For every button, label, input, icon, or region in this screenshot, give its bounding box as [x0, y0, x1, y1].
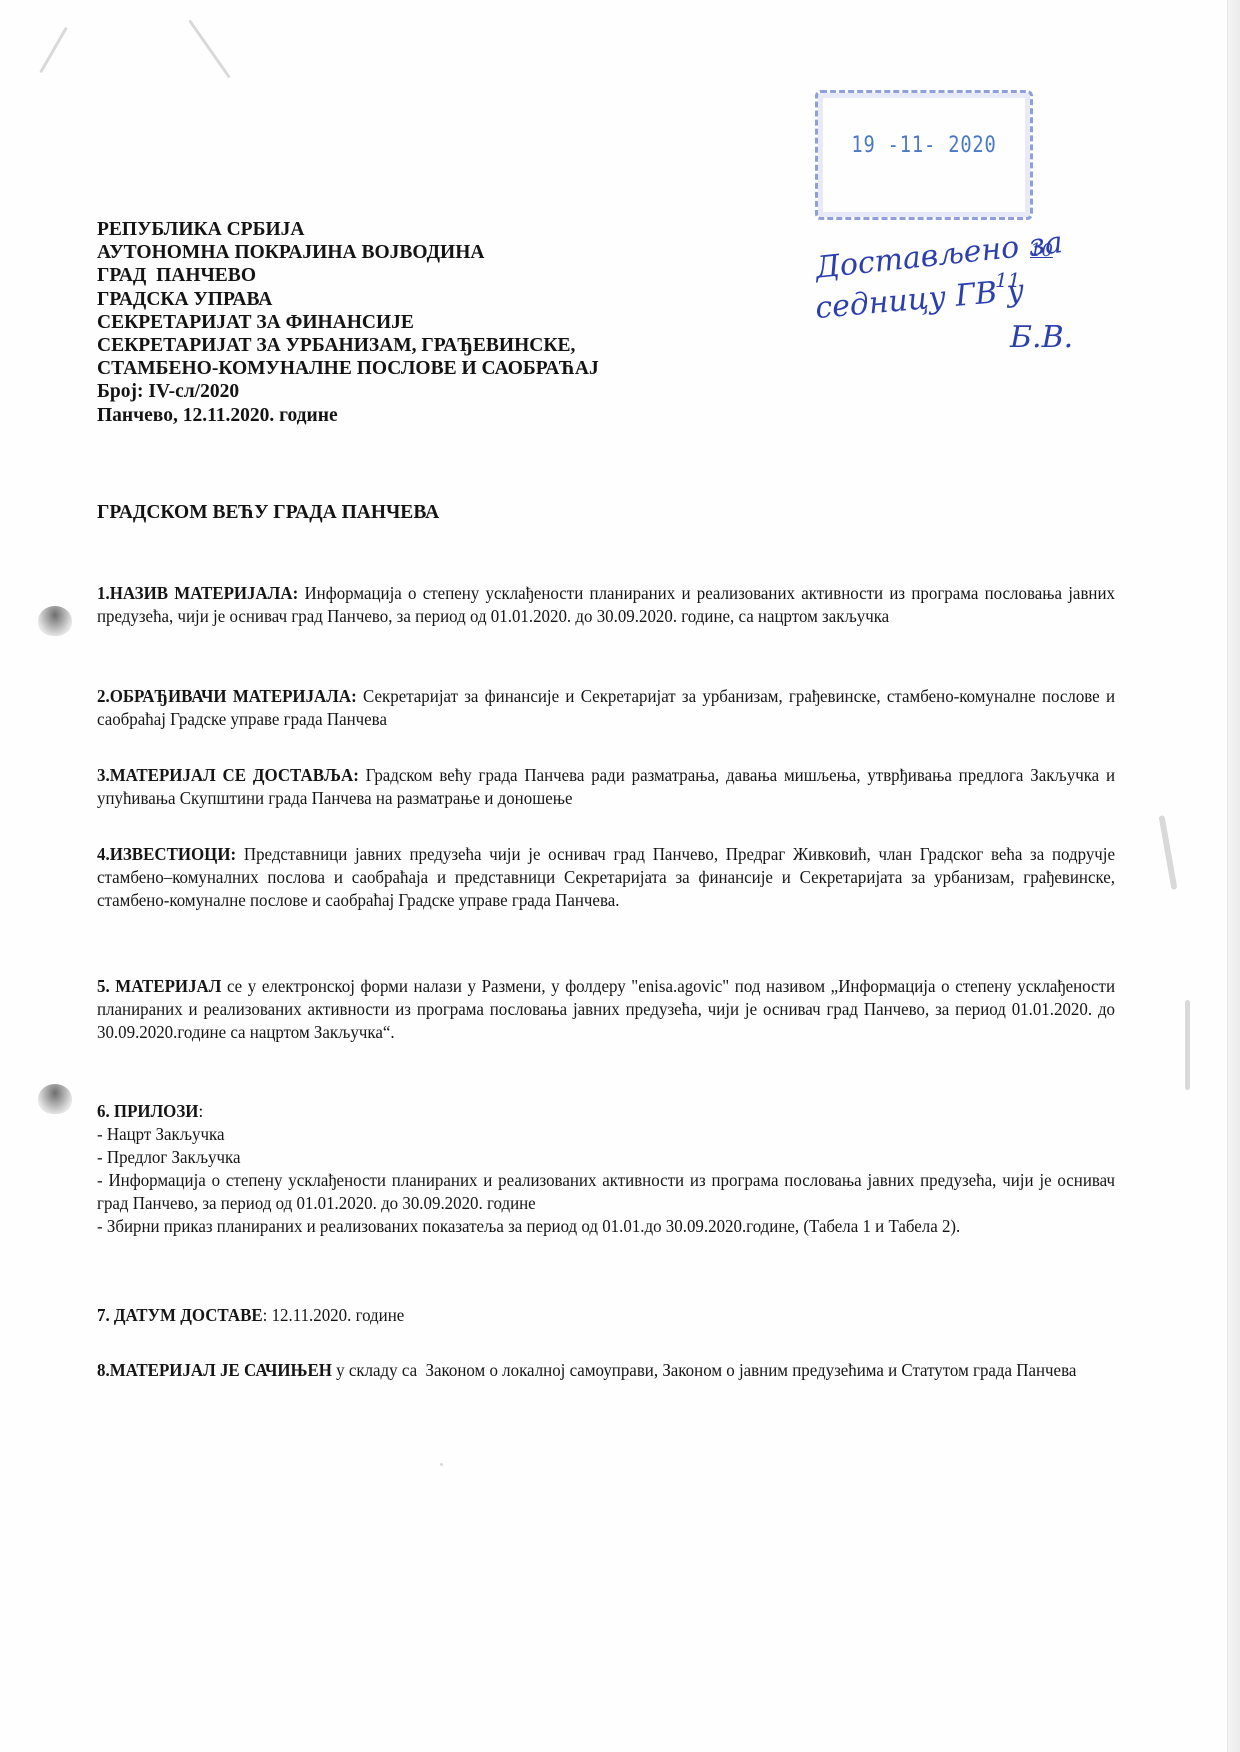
scan-artifact [1159, 815, 1178, 890]
attachment-item: - Информација о степену усклађености пла… [97, 1169, 1115, 1215]
section-label-suffix: : [198, 1101, 203, 1121]
letterhead: РЕПУБЛИКА СРБИЈА АУТОНОМНА ПОКРАЈИНА ВОЈ… [97, 218, 599, 427]
scanned-document-page: 19 -11- 2020 Достављено за седницу ГВ у … [0, 0, 1240, 1752]
scan-artifact [188, 19, 231, 78]
section-text: : 12.11.2020. године [263, 1305, 405, 1325]
attachment-item: - Нацрт Закључка [97, 1123, 1115, 1146]
attachment-item: - Предлог Закључка [97, 1146, 1115, 1169]
section-label: 1.НАЗИВ МАТЕРИЈАЛА: [97, 583, 298, 603]
handwritten-note-line-1: Достављено за [814, 225, 1065, 286]
letterhead-line: СТАМБЕНО-КОМУНАЛНЕ ПОСЛОВЕ И САОБРАЋАЈ [97, 357, 599, 380]
section-material-delivered-to: 3.МАТЕРИЈАЛ СЕ ДОСТАВЉА: Градском већу г… [97, 764, 1115, 810]
section-electronic-material: 5. МАТЕРИЈАЛ се у електронској форми нал… [97, 975, 1115, 1044]
section-attachments: 6. ПРИЛОЗИ: - Нацрт Закључка - Предлог З… [97, 1100, 1115, 1238]
scan-artifact [1185, 1000, 1190, 1090]
letterhead-line: РЕПУБЛИКА СРБИЈА [97, 218, 599, 241]
handwritten-time-hour: 11 [995, 268, 1020, 292]
section-label: 3.МАТЕРИЈАЛ СЕ ДОСТАВЉА: [97, 765, 359, 785]
letterhead-line: ГРАДСКА УПРАВА [97, 288, 599, 311]
section-label: 2.ОБРАЂИВАЧИ МАТЕРИЈАЛА: [97, 686, 357, 706]
letterhead-line: АУТОНОМНА ПОКРАЈИНА ВОЈВОДИНА [97, 241, 599, 264]
punch-hole [38, 606, 72, 636]
section-label: 8.МАТЕРИЈАЛ ЈЕ САЧИЊЕН [97, 1360, 332, 1380]
punch-hole [38, 1084, 72, 1114]
scan-edge-shadow [1227, 0, 1240, 1752]
section-label: 6. ПРИЛОЗИ [97, 1101, 198, 1121]
scan-artifact [440, 1463, 443, 1466]
letterhead-line: СЕКРЕТАРИЈАТ ЗА УРБАНИЗАМ, ГРАЂЕВИНСКЕ, [97, 334, 599, 357]
section-material-title: 1.НАЗИВ МАТЕРИЈАЛА: Информација о степен… [97, 582, 1115, 628]
section-legal-basis: 8.МАТЕРИЈАЛ ЈЕ САЧИЊЕН у складу са Закон… [97, 1359, 1115, 1382]
section-delivery-date: 7. ДАТУМ ДОСТАВЕ: 12.11.2020. године [97, 1304, 1115, 1327]
section-text: Представници јавних предузећа чији је ос… [97, 844, 1115, 910]
letterhead-line: ГРАД ПАНЧЕВО [97, 264, 599, 287]
section-text: се у електронској форми налази у Размени… [97, 976, 1115, 1042]
section-label: 7. ДАТУМ ДОСТАВЕ [97, 1305, 263, 1325]
document-place-date: Панчево, 12.11.2020. године [97, 404, 599, 427]
handwritten-time-minutes: 10 [1030, 240, 1053, 261]
section-rapporteurs: 4.ИЗВЕСТИОЦИ: Представници јавних предуз… [97, 843, 1115, 912]
attachment-item: - Збирни приказ планираних и реализовани… [97, 1215, 1115, 1238]
document-number: Број: IV-сл/2020 [97, 380, 599, 403]
scan-artifact [39, 27, 68, 74]
addressee: ГРАДСКОМ ВЕЋУ ГРАДА ПАНЧЕВА [97, 502, 439, 524]
section-label: 4.ИЗВЕСТИОЦИ: [97, 844, 236, 864]
section-material-authors: 2.ОБРАЂИВАЧИ МАТЕРИЈАЛА: Секретаријат за… [97, 685, 1115, 731]
stamp-date: 19 -11- 2020 [834, 133, 1014, 158]
section-text: у складу са Законом о локалној самоуправ… [332, 1360, 1076, 1380]
section-label: 5. МАТЕРИЈАЛ [97, 976, 221, 996]
handwritten-initials: Б.В. [1010, 320, 1073, 355]
received-date-stamp: 19 -11- 2020 [815, 90, 1033, 220]
letterhead-line: СЕКРЕТАРИЈАТ ЗА ФИНАНСИЈЕ [97, 311, 599, 334]
